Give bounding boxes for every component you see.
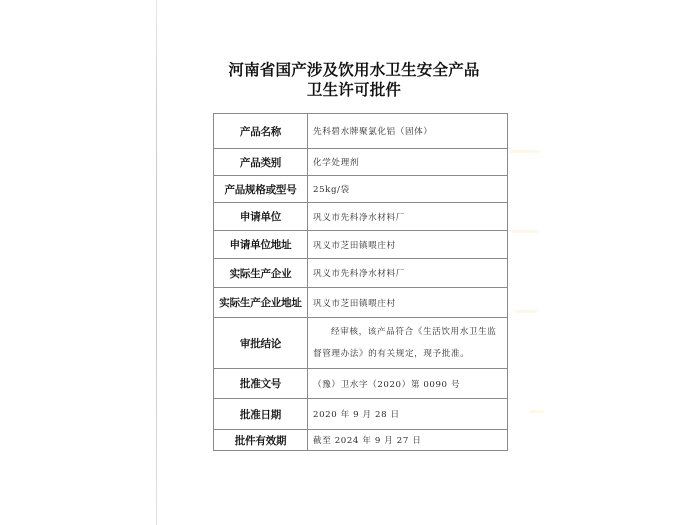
table-row: 申请单位地址 巩义市芝田镇喂庄村 <box>214 231 508 259</box>
row-label: 产品类别 <box>214 149 308 176</box>
approval-conclusion-line1: 经审核，该产品符合《生活饮用水卫生监 <box>313 321 503 343</box>
table-row: 申请单位 巩义市先科净水材料厂 <box>214 203 508 231</box>
row-label: 申请单位地址 <box>214 231 308 259</box>
table-row: 审批结论 经审核，该产品符合《生活饮用水卫生监 督管理办法》的有关规定，现予批准… <box>214 318 508 369</box>
row-label: 申请单位 <box>214 203 308 231</box>
table-row: 实际生产企业 巩义市先科净水材料厂 <box>214 259 508 288</box>
approval-conclusion-line2: 督管理办法》的有关规定，现予批准。 <box>313 343 503 365</box>
row-value: 2020 年 9 月 28 日 <box>308 399 508 430</box>
row-label: 产品规格或型号 <box>214 176 308 203</box>
row-value: 截至 2024 年 9 月 27 日 <box>308 430 508 451</box>
row-value: 化学处理剂 <box>308 149 508 176</box>
row-label: 产品名称 <box>214 114 308 149</box>
row-label: 批准文号 <box>214 369 308 399</box>
document-title: 河南省国产涉及饮用水卫生安全产品 <box>200 58 508 80</box>
row-value: 巩义市先科净水材料厂 <box>308 203 508 231</box>
table-row: 实际生产企业地址 巩义市芝田镇喂庄村 <box>214 288 508 318</box>
row-value: 25kg/袋 <box>308 176 508 203</box>
row-value: （豫）卫水字（2020）第 0090 号 <box>308 369 508 399</box>
row-label: 批准日期 <box>214 399 308 430</box>
row-value: 巩义市芝田镇喂庄村 <box>308 231 508 259</box>
table-row: 产品名称 先科碧水牌聚氯化铝（固体） <box>214 114 508 149</box>
scan-artifact <box>515 310 537 313</box>
table-row: 产品规格或型号 25kg/袋 <box>214 176 508 203</box>
table-row: 批准日期 2020 年 9 月 28 日 <box>214 399 508 430</box>
row-label: 审批结论 <box>214 318 308 369</box>
document-subtitle: 卫生许可批件 <box>200 78 508 100</box>
row-label: 实际生产企业 <box>214 259 308 288</box>
paper-edge <box>156 0 157 525</box>
row-label: 批件有效期 <box>214 430 308 451</box>
scan-artifact <box>512 230 538 233</box>
table-row: 批件有效期 截至 2024 年 9 月 27 日 <box>214 430 508 451</box>
scan-artifact <box>530 410 544 413</box>
row-value: 巩义市芝田镇喂庄村 <box>308 288 508 318</box>
table-row: 批准文号 （豫）卫水字（2020）第 0090 号 <box>214 369 508 399</box>
table-row: 产品类别 化学处理剂 <box>214 149 508 176</box>
row-value: 经审核，该产品符合《生活饮用水卫生监 督管理办法》的有关规定，现予批准。 <box>308 318 508 369</box>
row-value: 巩义市先科净水材料厂 <box>308 259 508 288</box>
scan-artifact <box>510 150 540 153</box>
row-label: 实际生产企业地址 <box>214 288 308 318</box>
row-value: 先科碧水牌聚氯化铝（固体） <box>308 114 508 149</box>
permit-table: 产品名称 先科碧水牌聚氯化铝（固体） 产品类别 化学处理剂 产品规格或型号 25… <box>213 113 508 451</box>
